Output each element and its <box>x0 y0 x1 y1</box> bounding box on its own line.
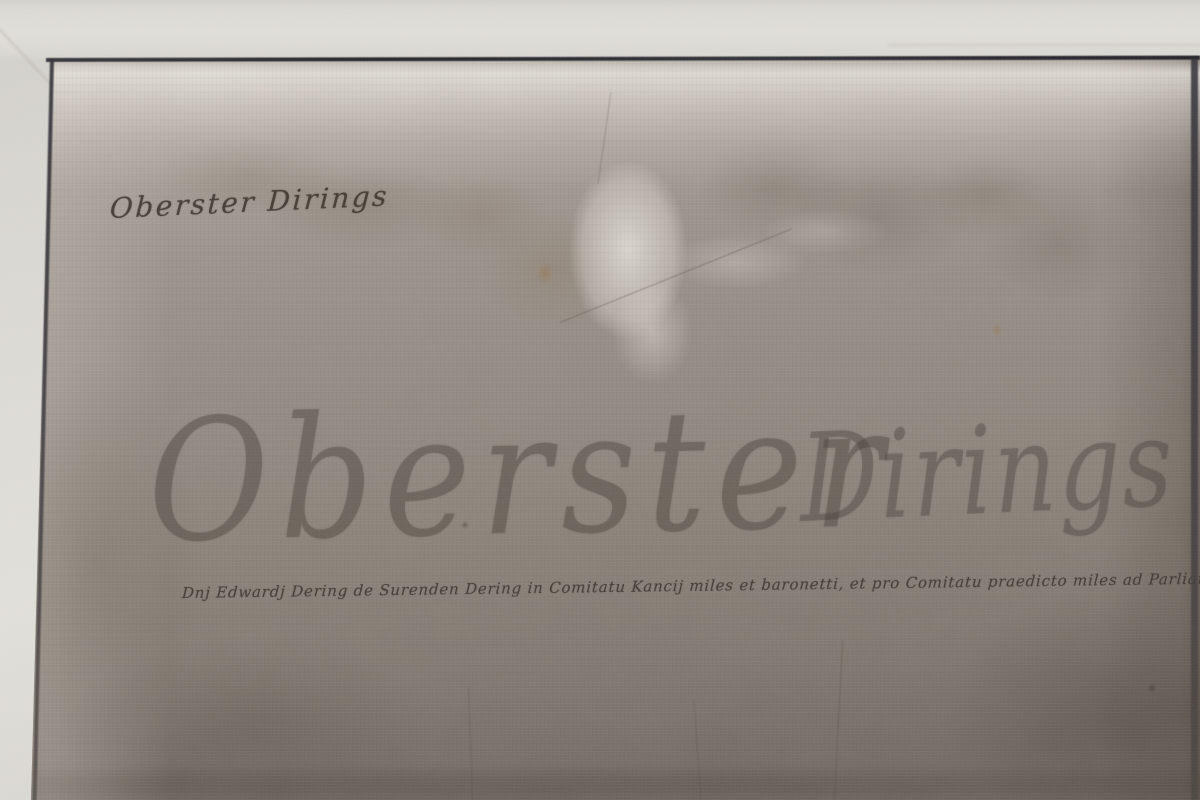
frame-border-line-right <box>1191 58 1198 800</box>
ghost-inscription-word-1: Oberster <box>147 383 894 566</box>
mat-crease-mark <box>888 44 1200 46</box>
ghost-inscription-word-2: Dirings <box>798 402 1175 540</box>
photograph-of-framed-manuscript: Oberster Dirings Oberster Dirings Dnj Ed… <box>0 0 1200 800</box>
